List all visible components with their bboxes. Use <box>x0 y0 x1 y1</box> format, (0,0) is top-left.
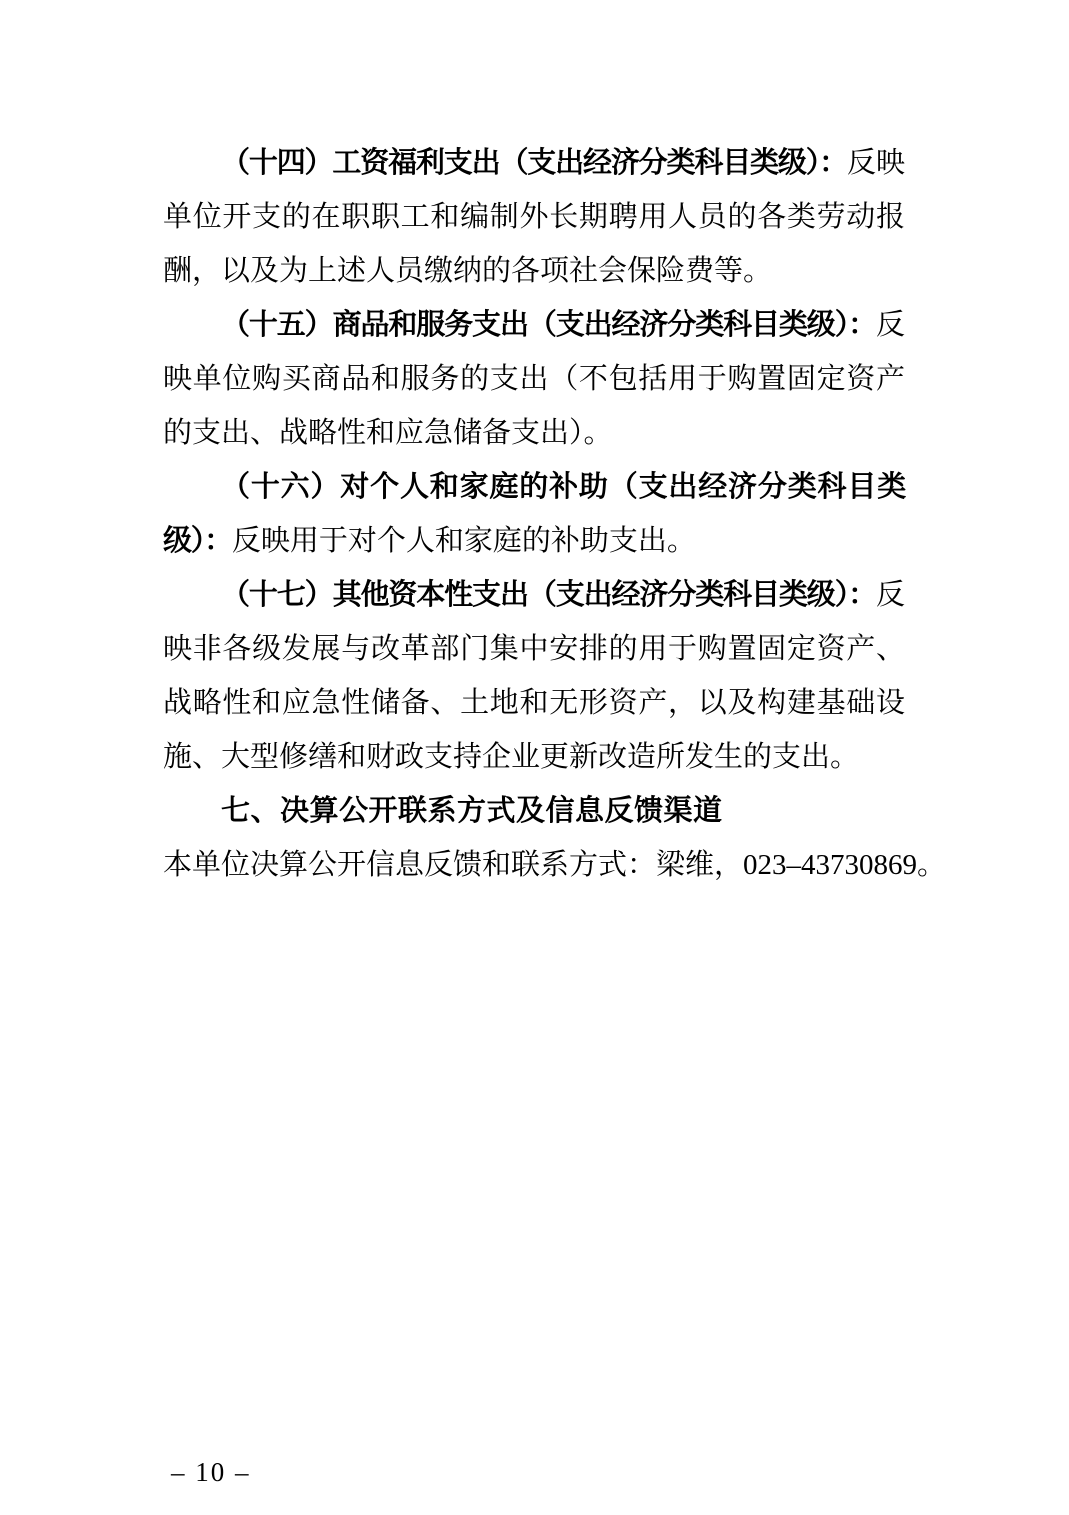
paragraph-lead: （十七）其他资本性支出（支出经济分类科目类级）： <box>221 579 876 611</box>
paragraph-item-16: （十六）对个人和家庭的补助（支出经济分类科目类级）：反映用于对个人和家庭的补助支… <box>163 460 905 568</box>
document-page: （十四）工资福利支出（支出经济分类科目类级）：反映单位开支的在职职工和编制外长期… <box>0 0 1069 1515</box>
paragraph-item-17: （十七）其他资本性支出（支出经济分类科目类级）：反映非各级发展与改革部门集中安排… <box>163 568 905 784</box>
section-heading: 七、决算公开联系方式及信息反馈渠道 <box>163 784 905 838</box>
document-body: （十四）工资福利支出（支出经济分类科目类级）：反映单位开支的在职职工和编制外长期… <box>163 136 905 892</box>
paragraph-item-14: （十四）工资福利支出（支出经济分类科目类级）：反映单位开支的在职职工和编制外长期… <box>163 136 905 298</box>
paragraph-item-15: （十五）商品和服务支出（支出经济分类科目类级）：反映单位购买商品和服务的支出（不… <box>163 298 905 460</box>
paragraph-text: 反映用于对个人和家庭的补助支出。 <box>232 525 696 557</box>
paragraph-lead: （十五）商品和服务支出（支出经济分类科目类级）： <box>221 309 876 341</box>
page-number: – 10 – <box>171 1455 251 1489</box>
contact-paragraph: 本单位决算公开信息反馈和联系方式：梁维，023–43730869。 <box>163 838 905 892</box>
paragraph-lead: （十四）工资福利支出（支出经济分类科目类级）： <box>221 147 847 179</box>
